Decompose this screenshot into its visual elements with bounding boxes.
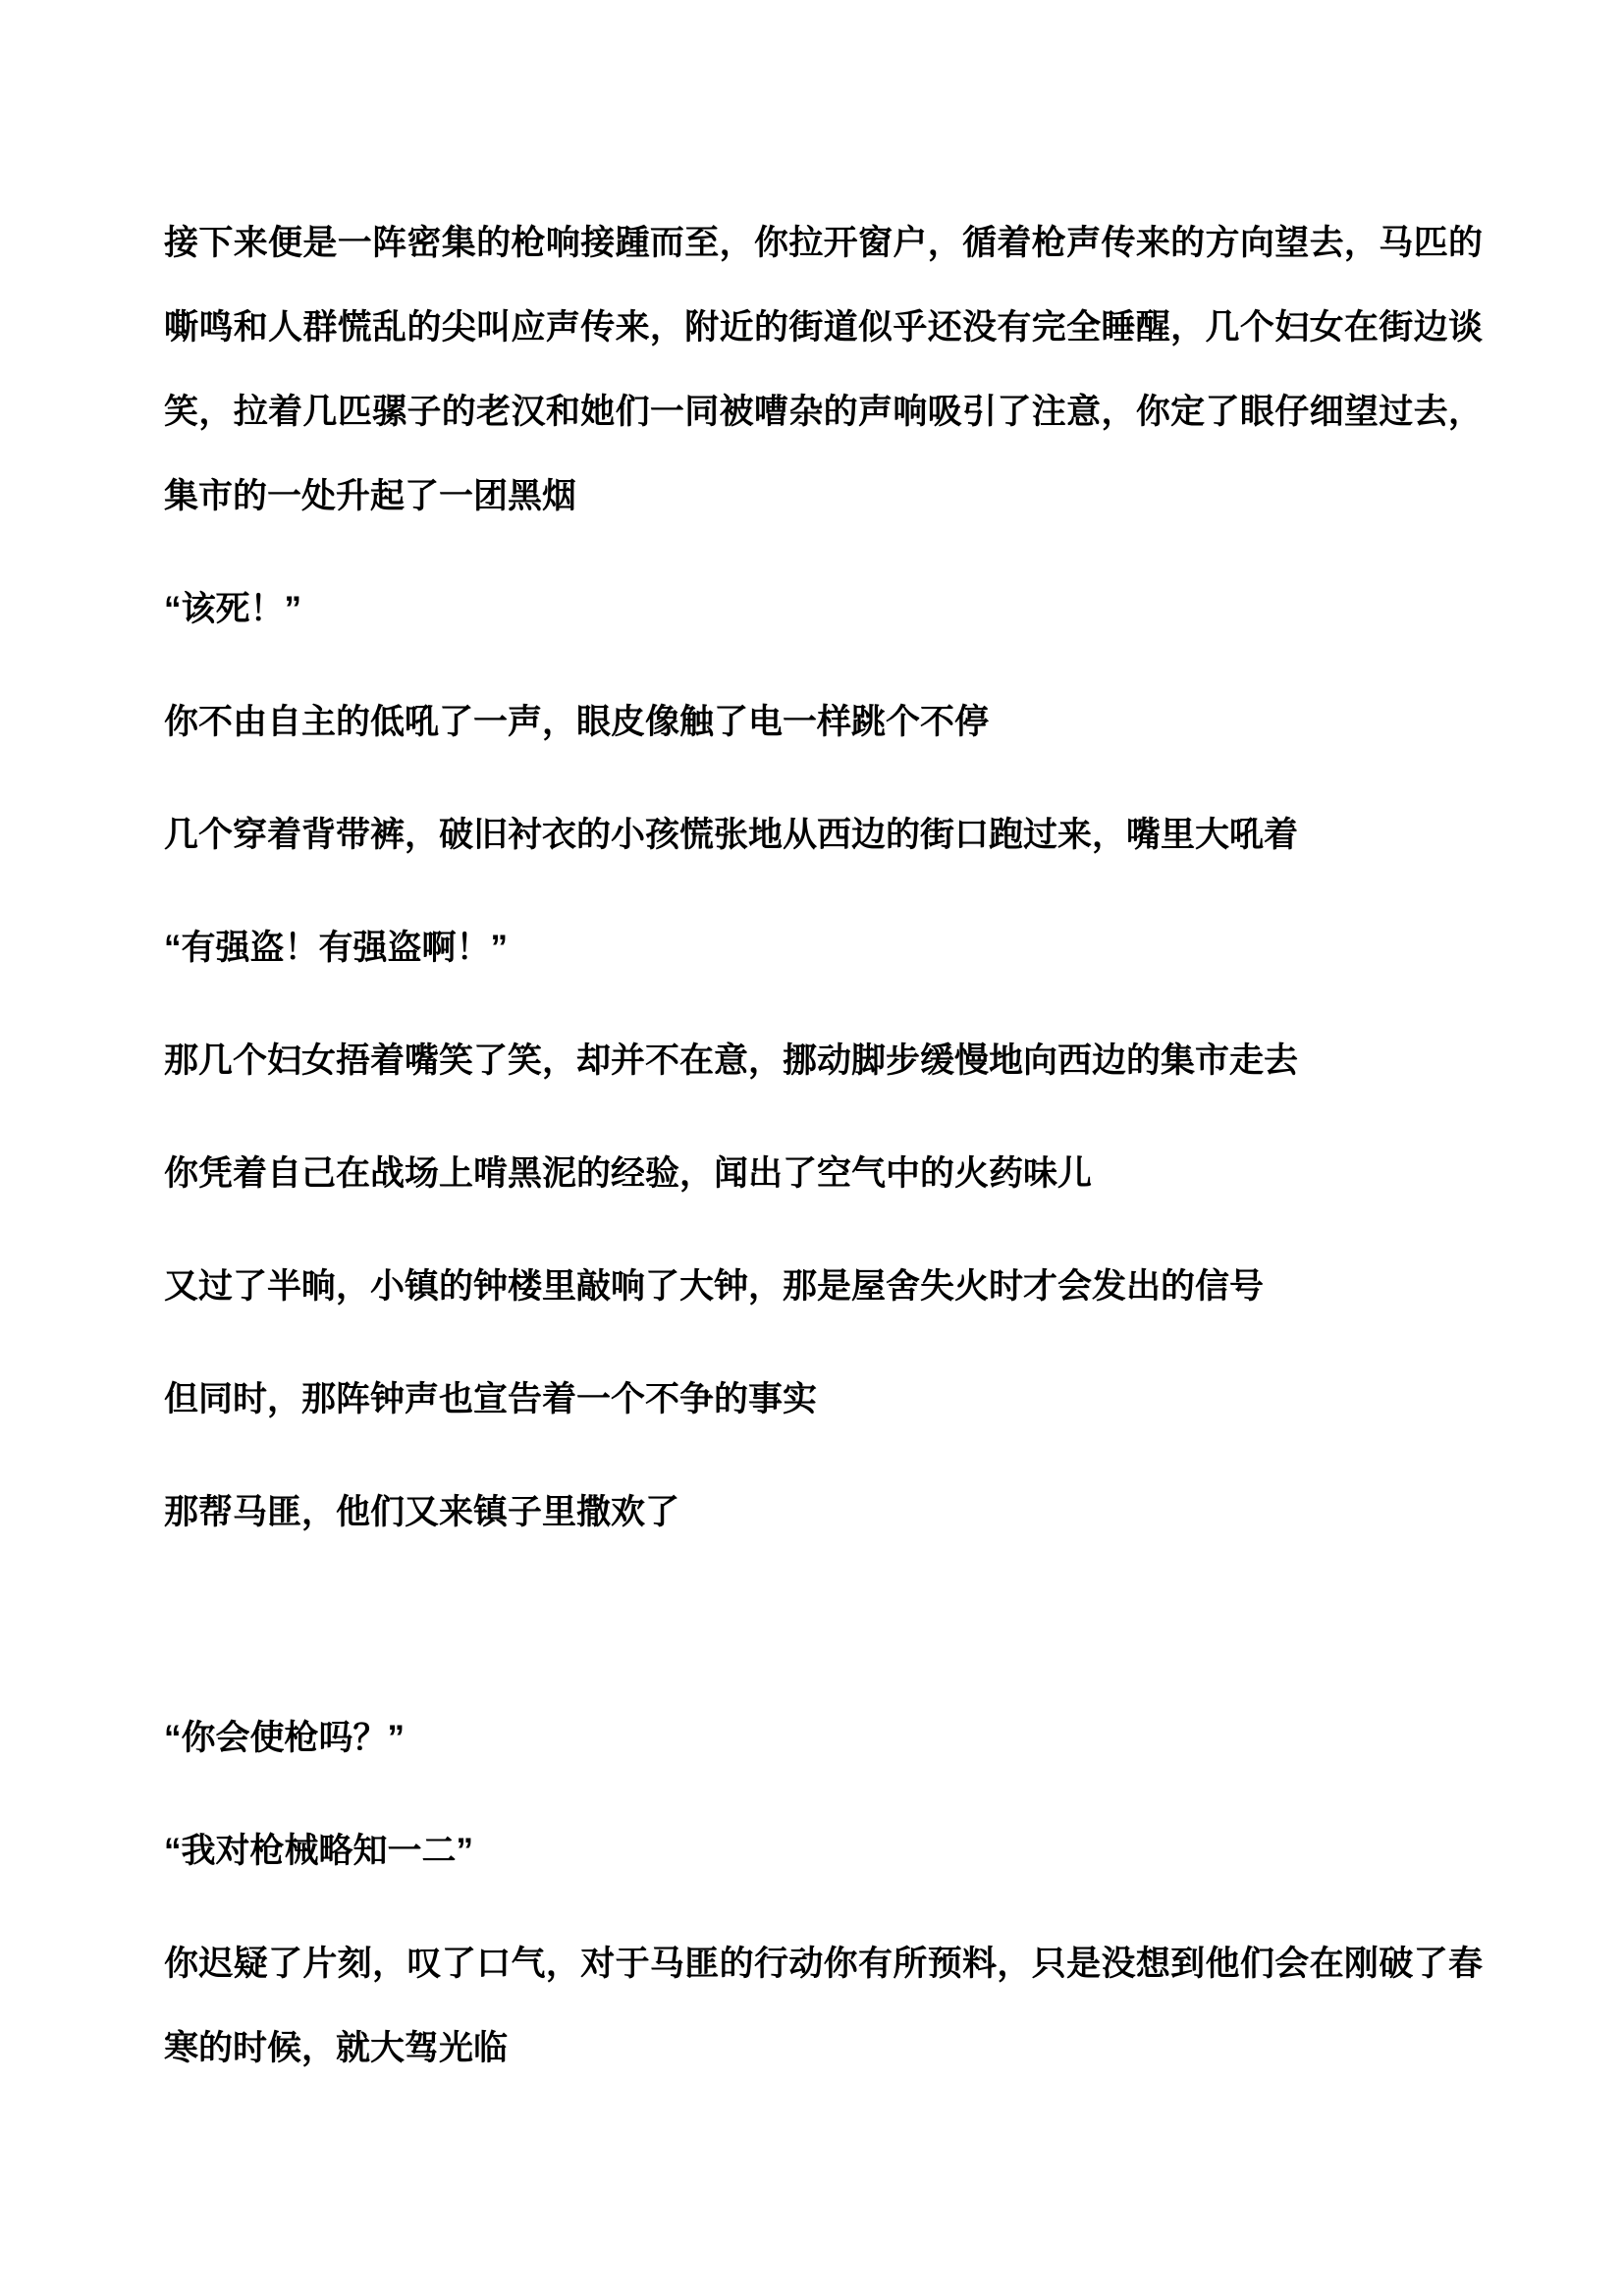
paragraph-14-narration: 你迟疑了片刻，叹了口气，对于马匪的行动你有所预料，只是没想到他们会在刚破了春寒的… xyxy=(164,1922,1483,2091)
paragraph-10-narration: 那帮马匪，他们又来镇子里撒欢了 xyxy=(164,1470,1483,1555)
paragraph-1-narration: 接下来便是一阵密集的枪响接踵而至，你拉开窗户，循着枪声传来的方向望去，马匹的嘶鸣… xyxy=(164,201,1483,539)
paragraph-13-dialogue: “我对枪械略知一二” xyxy=(164,1809,1483,1894)
document-page: 接下来便是一阵密集的枪响接踵而至，你拉开窗户，循着枪声传来的方向望去，马匹的嘶鸣… xyxy=(0,0,1624,2296)
paragraph-9-narration: 但同时，那阵钟声也宣告着一个不争的事实 xyxy=(164,1358,1483,1442)
paragraph-7-narration: 你凭着自己在战场上啃黑泥的经验，闻出了空气中的火药味儿 xyxy=(164,1132,1483,1216)
paragraph-2-dialogue: “该死！” xyxy=(164,567,1483,652)
paragraph-11-blank xyxy=(164,1583,1483,1668)
paragraph-6-narration: 那几个妇女捂着嘴笑了笑，却并不在意，挪动脚步缓慢地向西边的集市走去 xyxy=(164,1019,1483,1103)
paragraph-3-narration: 你不由自主的低吼了一声，眼皮像触了电一样跳个不停 xyxy=(164,680,1483,765)
paragraph-12-dialogue: “你会使枪吗？” xyxy=(164,1696,1483,1781)
paragraph-4-narration: 几个穿着背带裤，破旧衬衣的小孩慌张地从西边的街口跑过来，嘴里大吼着 xyxy=(164,793,1483,878)
paragraph-5-dialogue: “有强盗！有强盗啊！” xyxy=(164,906,1483,990)
paragraph-8-narration: 又过了半晌，小镇的钟楼里敲响了大钟，那是屋舍失火时才会发出的信号 xyxy=(164,1245,1483,1329)
document-body: 接下来便是一阵密集的枪响接踵而至，你拉开窗户，循着枪声传来的方向望去，马匹的嘶鸣… xyxy=(164,201,1483,2091)
